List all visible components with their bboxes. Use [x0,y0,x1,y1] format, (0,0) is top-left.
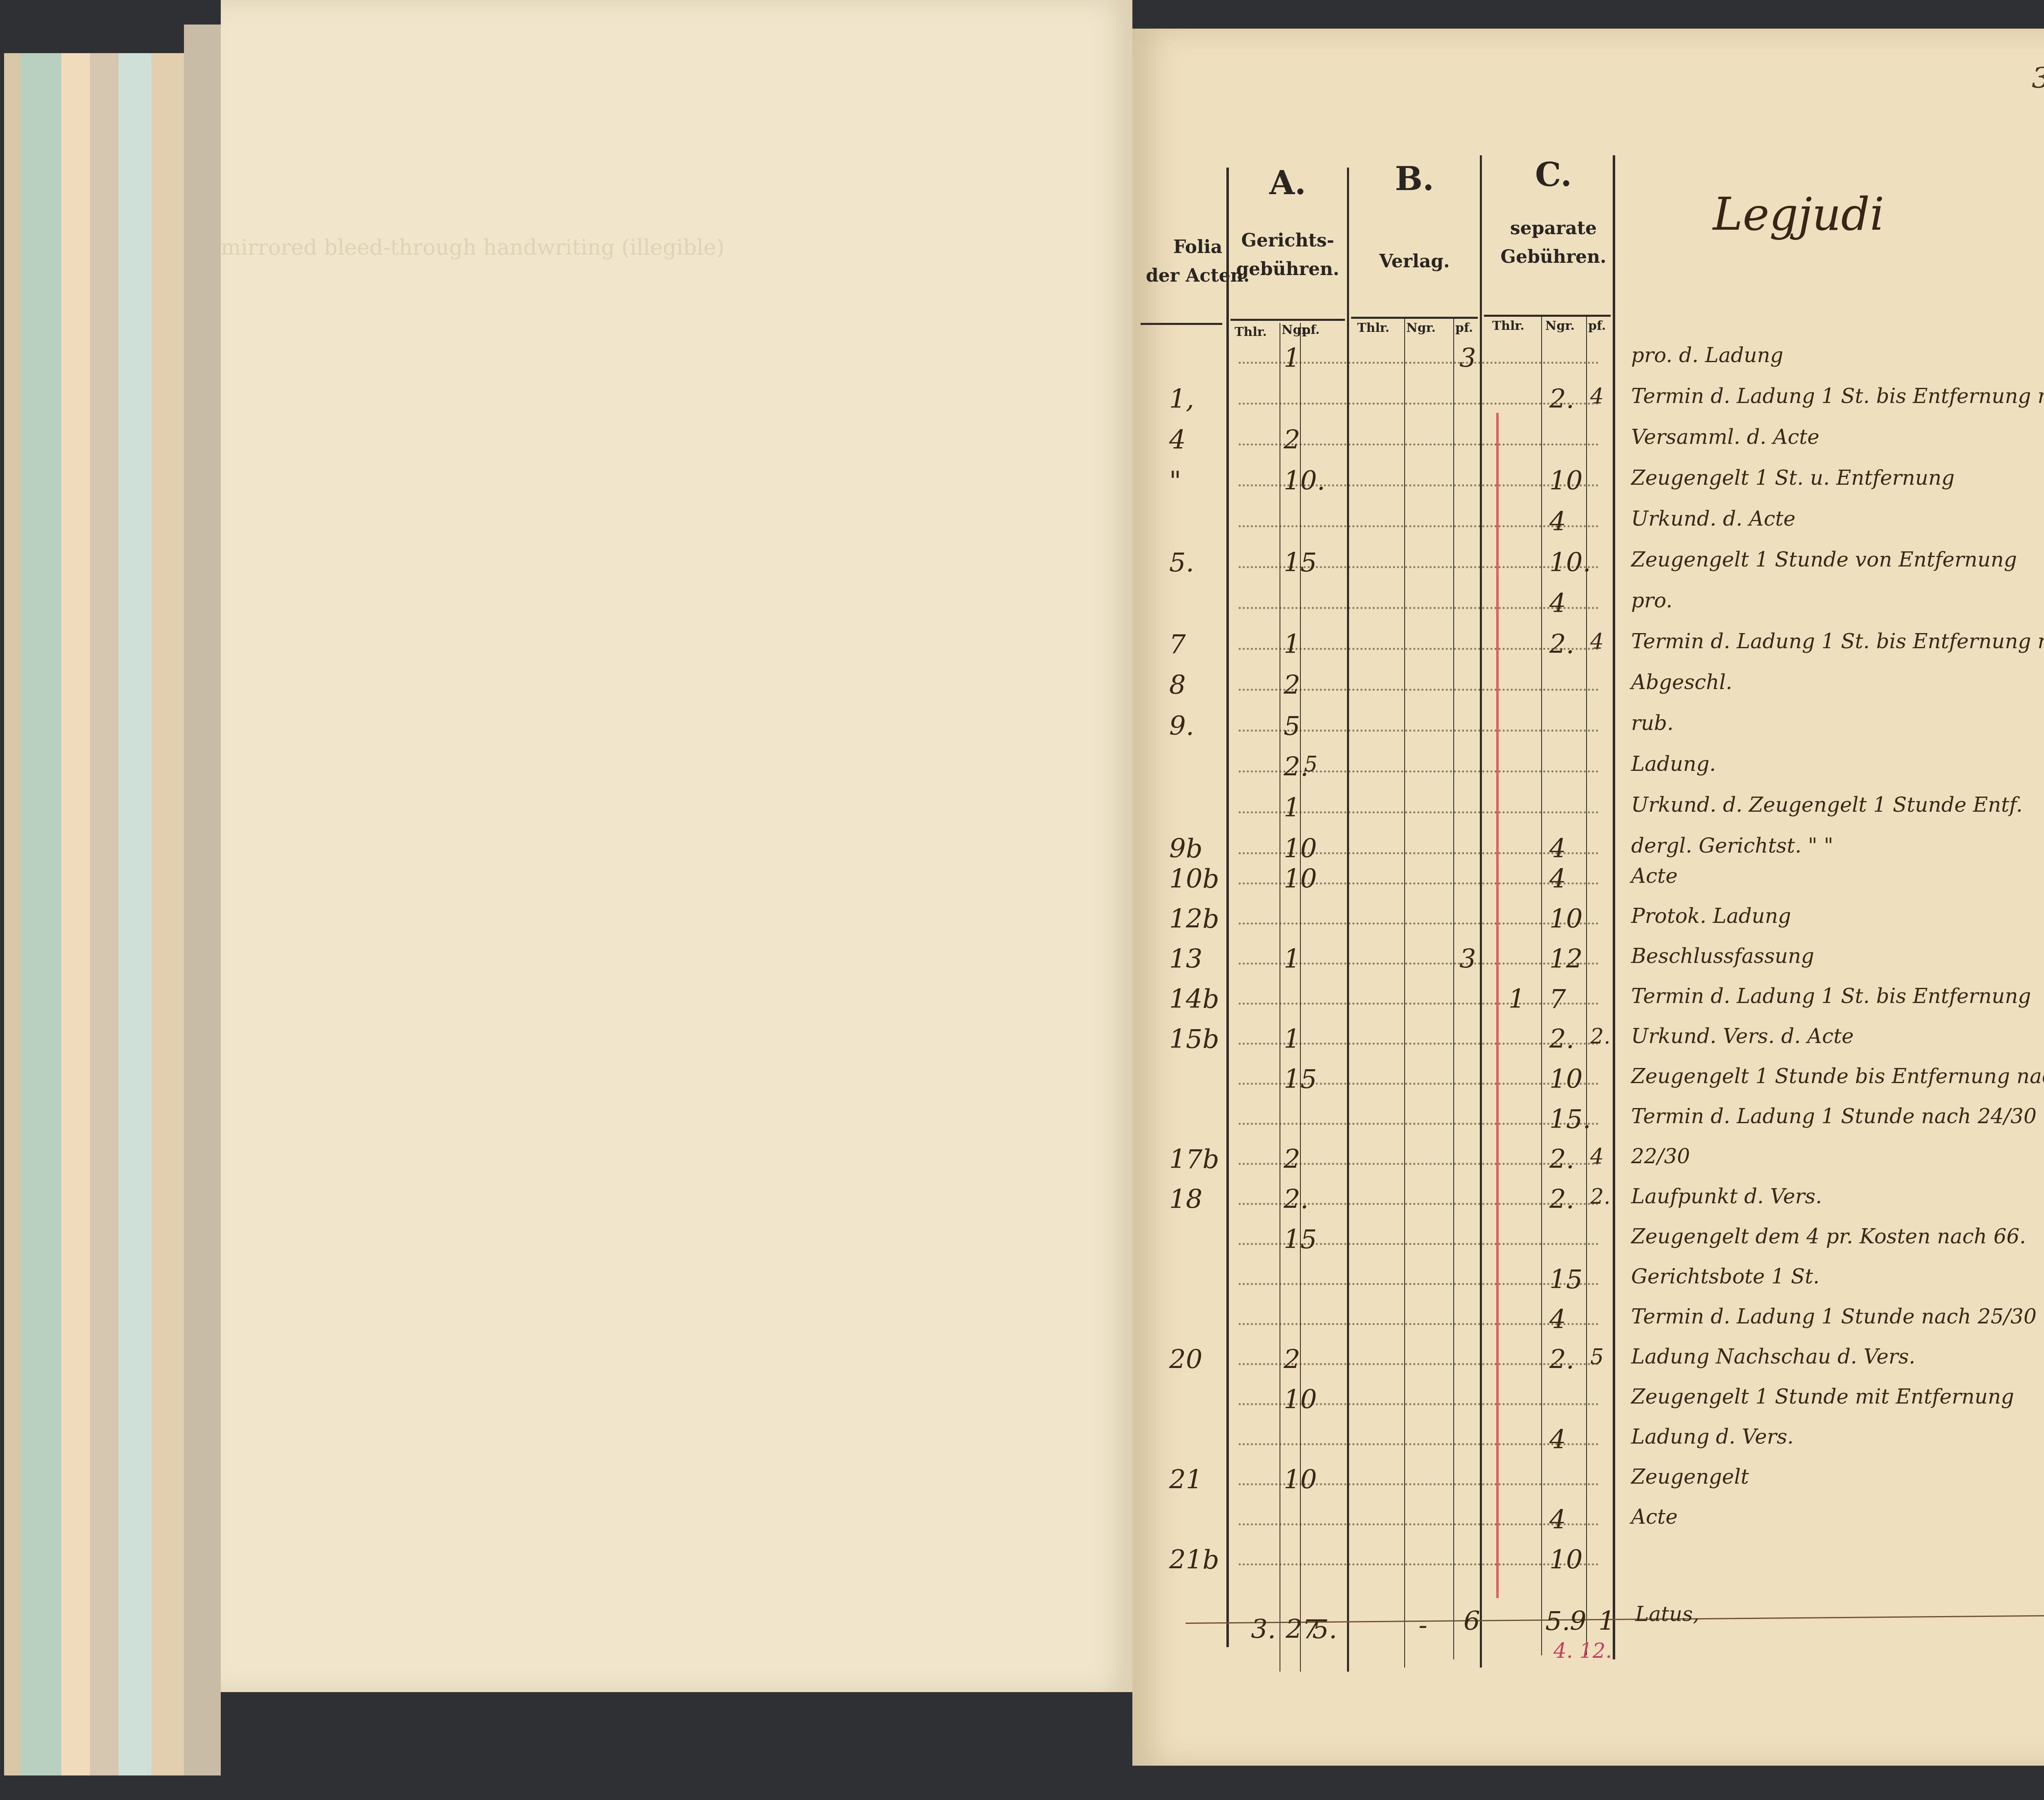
description-entry: Ladung. [1631,752,1716,776]
description-entry: Urkund. Vers. d. Acte [1631,1024,1854,1048]
sub-header-pf: pf. [1588,319,1606,333]
book-edge-strip [20,53,61,1775]
c-pf-value: 5 [1590,1345,1604,1369]
description-entry: dergl. Gerichtst. " " [1631,834,1833,857]
c-ngr-value: 4 [1549,834,1566,864]
description-entry: pro. d. Ladung [1631,343,1783,367]
total-c-pf: 1 [1598,1606,1615,1637]
total-b-ngr: - [1419,1610,1428,1641]
folia-value: 15b [1169,1024,1219,1054]
folia-value: 17b [1169,1144,1219,1175]
book-edge-strip [184,25,221,1775]
c-ngr-value: 12 [1549,944,1582,974]
c-ngr-value: 2. [1549,629,1574,660]
column-b-letter: B. [1349,159,1480,198]
book-edge-strip [4,53,20,1775]
dotted-leader [1239,852,1598,854]
c-ngr-value: 4 [1549,1505,1566,1535]
column-rule [1347,168,1349,1672]
dotted-leader [1239,607,1598,609]
total-a-thlr: 3. [1251,1614,1276,1645]
a-ngr-value: 15 [1284,1225,1317,1255]
a-ngr-value: 10 [1284,834,1317,864]
folia-value: 13 [1169,944,1202,974]
description-entry: Acte [1631,1505,1678,1529]
c-ngr-value: 4 [1549,507,1566,537]
c-ngr-value: 4 [1549,1305,1566,1335]
description-entry: Termin d. Ladung 1 St. bis Entfernung na… [1631,384,2044,408]
dotted-leader [1239,1003,1598,1005]
dotted-leader [1239,1203,1598,1205]
description-entry: Ladung d. Vers. [1631,1425,1794,1449]
description-entry: Urkund. d. Zeugengelt 1 Stunde Entf. [1631,793,2023,817]
a-ngr-value: 2 [1284,1345,1300,1375]
dotted-leader [1239,648,1598,650]
dotted-leader [1239,1403,1598,1405]
folia-value: 12b [1169,904,1219,934]
description-entry: Zeugengelt dem 4 pr. Kosten nach 66. [1631,1225,2026,1248]
sub-header-ngr: Ngr. [1406,321,1436,335]
folia-value: 4 [1169,425,1186,455]
description-entry: Termin d. Ladung 1 Stunde nach 25/30 [1631,1305,2037,1328]
description-entry: 22/30 [1631,1144,1690,1168]
column-b-label: Verlag. [1349,251,1480,272]
dotted-leader [1239,1483,1598,1485]
c-thlr-value: 1 [1508,984,1525,1014]
a-ngr-value: 10 [1284,1465,1317,1495]
dotted-leader [1239,1523,1598,1525]
sub-header-pf: pf. [1455,321,1473,335]
right-page [1132,29,2044,1766]
a-ngr-value: 2 [1284,670,1300,701]
folia-value: 14b [1169,984,1219,1014]
a-ngr-value: 10 [1284,1385,1317,1415]
c-ngr-value: 10 [1549,1064,1582,1095]
sub-header-ngr: Ngr. [1545,319,1575,333]
c-pf-value: 2. [1590,1024,1611,1049]
column-rule-thin [1541,315,1542,1655]
folia-value: 8 [1169,670,1186,701]
column-c-label1: separate [1488,214,1619,243]
description-entry: Zeugengelt 1 Stunde mit Entfernung [1631,1385,2014,1408]
column-b-header: B. Verlag. [1349,159,1480,272]
book-edge-strip [90,53,119,1775]
dotted-leader [1239,1043,1598,1045]
header-rule [1230,319,1345,321]
dotted-leader [1239,403,1598,405]
column-a-label1: Gerichts- [1226,226,1349,255]
c-ngr-value: 2. [1549,384,1574,414]
description-entry: Zeugengelt 1 St. u. Entfernung [1631,466,1954,490]
dotted-leader [1239,443,1598,446]
description-entry: Laufpunkt d. Vers. [1631,1184,1822,1208]
folia-value: 5. [1169,548,1194,578]
a-ngr-value: 15 [1284,1064,1317,1095]
column-a-label2: gebühren. [1226,255,1349,284]
a-ngr-value: 1 [1284,629,1300,660]
b-pf-value: 3 [1459,944,1476,974]
description-entry: Acte [1631,864,1678,888]
c-pf-value: 2. [1590,1184,1611,1209]
header-rule [1141,323,1222,325]
column-rule [1480,155,1482,1668]
description-entry: pro. [1631,589,1672,612]
column-rule-thin [1453,319,1454,1659]
c-ngr-value: 15 [1549,1265,1582,1295]
c-ngr-value: 10 [1549,1545,1582,1575]
dotted-leader [1239,1163,1598,1165]
sub-header-thlr: Thlr. [1357,321,1390,335]
c-ngr-value: 2. [1549,1024,1574,1054]
dotted-leader [1239,1243,1598,1245]
folia-value: 9. [1169,711,1194,741]
header-rule [1484,315,1611,317]
a-ngr-value: 1 [1284,944,1300,974]
description-entry: rub. [1631,711,1674,735]
column-rule [1226,168,1229,1647]
dotted-leader [1239,362,1598,364]
c-ngr-value: 10 [1549,466,1582,496]
folia-value: 21 [1169,1465,1202,1495]
dotted-leader [1239,1083,1598,1085]
column-a-header: A. Gerichts- gebühren. [1226,163,1349,284]
dotted-leader [1239,882,1598,884]
c-ngr-value: 4 [1549,1425,1566,1455]
c-ngr-value: 10. [1549,548,1591,578]
sub-header-thlr: Thlr. [1492,319,1524,333]
dotted-leader [1239,922,1598,925]
dotted-leader [1239,484,1598,486]
c-pf-value: 4 [1590,384,1604,409]
c-ngr-value: 15. [1549,1104,1591,1135]
folia-value: 21b [1169,1545,1219,1575]
column-rule-thin [1404,319,1405,1668]
c-ngr-value: 2. [1549,1345,1574,1375]
red-bracket-line [1496,413,1499,1598]
c-pf-value: 4 [1590,1144,1604,1169]
column-c-label2: Gebühren. [1488,243,1619,271]
book-edge-strip [119,53,151,1775]
description-entry: Termin d. Ladung 1 Stunde nach 24/30 [1631,1104,2037,1128]
description-entry: Beschlussfassung [1631,944,1814,968]
sub-header-thlr: Thlr. [1235,325,1267,339]
column-a-letter: A. [1226,163,1349,202]
dotted-leader [1239,963,1598,965]
description-entry: Ladung Nachschau d. Vers. [1631,1345,1915,1368]
description-entry: Zeugengelt 1 Stunde bis Entfernung nach … [1631,1064,2044,1088]
description-entry: Termin d. Ladung 1 St. bis Entfernung [1631,984,2031,1008]
folia-value: 18 [1169,1184,1202,1215]
description-entry: Protok. Ladung [1631,904,1791,928]
a-ngr-value: 15 [1284,548,1317,578]
dotted-leader [1239,1123,1598,1125]
total-description: Latus, [1635,1602,1699,1626]
description-entry: Zeugengelt [1631,1465,1749,1489]
dotted-leader [1239,1283,1598,1285]
total-a-pf: 5. [1312,1614,1337,1645]
folia-value: 10b [1169,864,1219,894]
total-c-thlr: 5. [1545,1606,1570,1637]
header-rule [1351,317,1478,319]
folia-value: 20 [1169,1345,1202,1375]
sub-header-pf: pf. [1302,323,1320,337]
column-c-letter: C. [1488,155,1619,194]
page-number: 36, [2032,61,2044,95]
description-entry: Zeugengelt 1 Stunde von Entfernung [1631,548,2017,571]
total-b-pf: 6 [1464,1606,1480,1637]
total-red-correction: 4. 12. [1553,1639,1612,1663]
bleed-through-text: mirrored bleed-through handwriting (ille… [221,229,997,266]
dotted-leader [1239,770,1598,772]
b-pf-value: 3 [1459,343,1476,374]
column-rule-thin [1586,315,1587,1655]
a-ngr-value: 1 [1284,343,1300,374]
a-ngr-value: 2 [1284,1144,1300,1175]
c-pf-value: 4 [1590,629,1604,654]
c-ngr-value: 7 [1549,984,1566,1014]
dotted-leader [1239,1363,1598,1365]
c-ngr-value: 10 [1549,904,1582,934]
description-entry: Termin d. Ladung 1 St. bis Entfernung na… [1631,629,2044,653]
column-rule [1613,155,1615,1659]
folia-value: 9b [1169,834,1203,864]
description-title: Legjudi [1713,188,1884,240]
c-ngr-value: 2. [1549,1184,1574,1215]
dotted-leader [1239,525,1598,527]
a-ngr-value: 5 [1284,711,1300,741]
dotted-leader [1239,811,1598,813]
c-ngr-value: 4 [1549,864,1566,894]
a-pf-value: 5 [1304,752,1318,777]
dotted-leader [1239,689,1598,691]
dotted-leader [1239,1443,1598,1445]
folia-value: " [1169,466,1181,496]
a-ngr-value: 2 [1284,425,1300,455]
dotted-leader [1239,1563,1598,1565]
description-entry: Abgeschl. [1631,670,1732,694]
description-entry: Versamml. d. Acte [1631,425,1820,449]
column-c-header: C. separate Gebühren. [1488,155,1619,271]
a-ngr-value: 10 [1284,864,1317,894]
dotted-leader [1239,1323,1598,1325]
a-ngr-value: 1 [1284,793,1300,823]
a-ngr-value: 10. [1284,466,1325,496]
description-entry: Urkund. d. Acte [1631,507,1795,531]
total-c-ngr: 9 [1570,1606,1587,1637]
c-ngr-value: 4 [1549,589,1566,619]
book-edge-strip [151,53,184,1775]
folia-value: 1, [1169,384,1194,414]
description-entry: Gerichtsbote 1 St. [1631,1265,1820,1288]
book-edge-strip [61,53,90,1775]
c-ngr-value: 2. [1549,1144,1574,1175]
a-ngr-value: 2. [1284,1184,1309,1215]
dotted-leader [1239,566,1598,568]
a-ngr-value: 1 [1284,1024,1300,1054]
dotted-leader [1239,730,1598,732]
folia-value: 7 [1169,629,1186,660]
